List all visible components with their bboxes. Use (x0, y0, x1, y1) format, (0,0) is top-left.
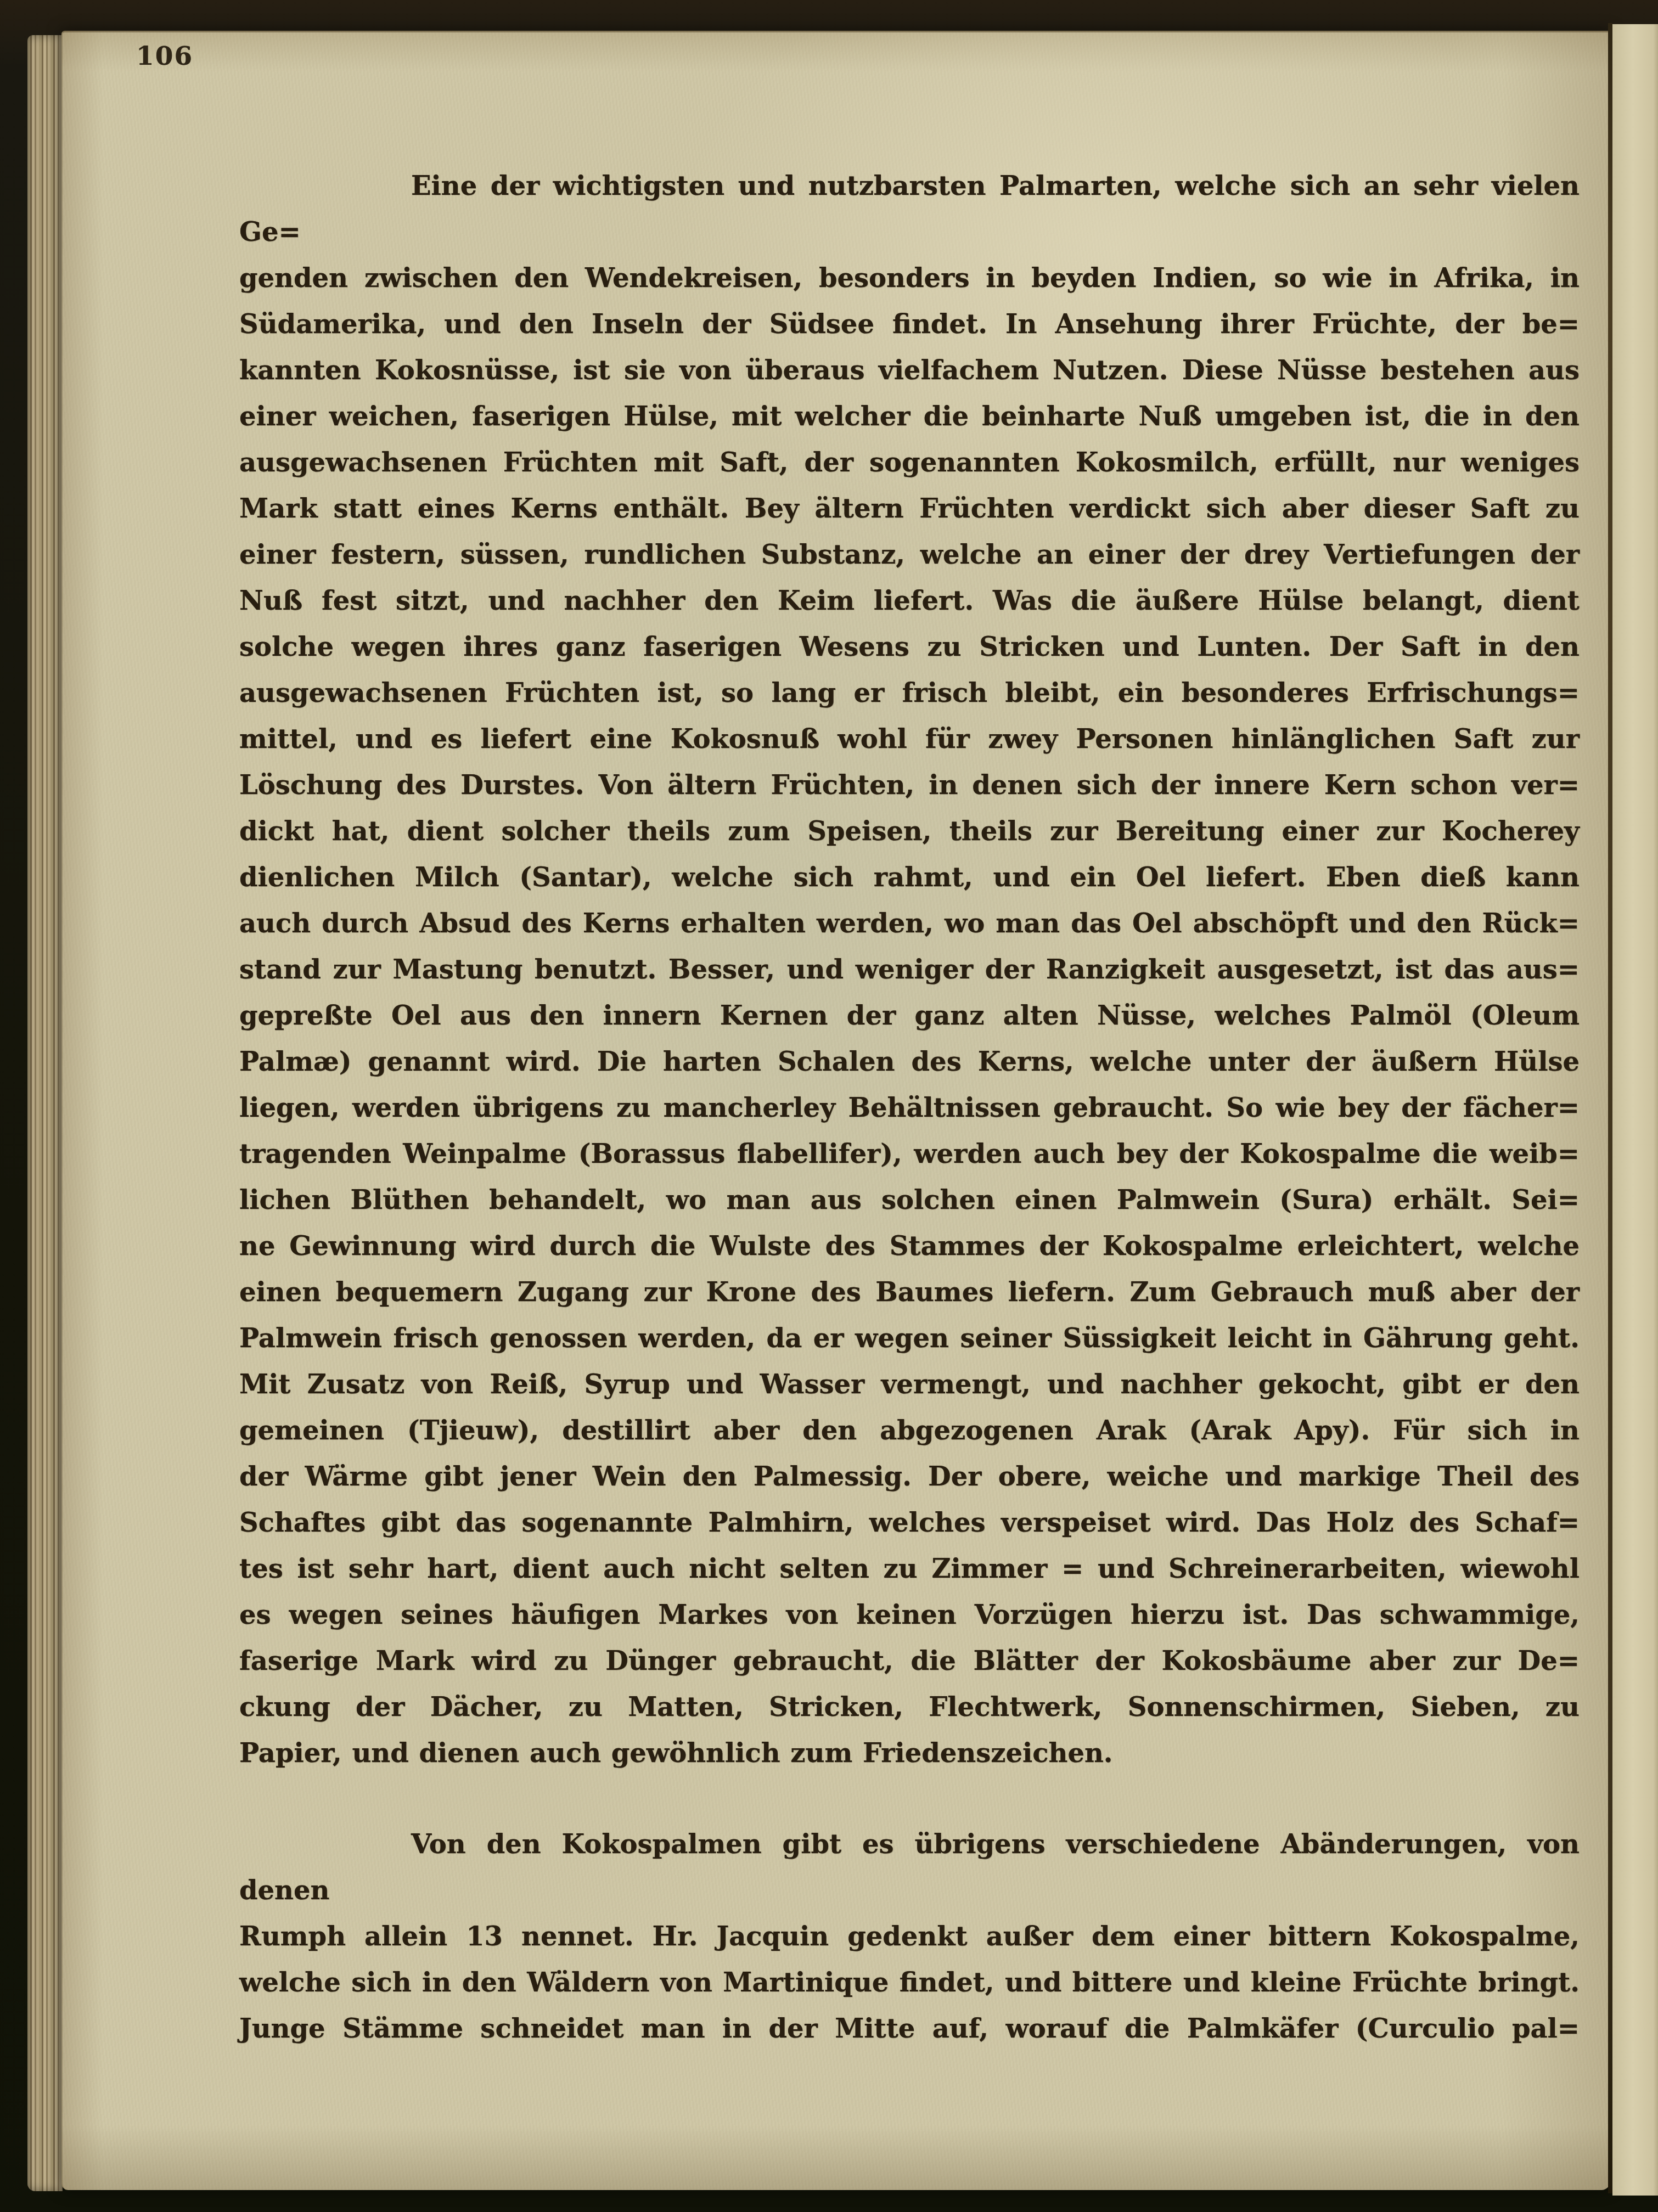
text-line: auch durch Absud des Kerns erhalten werd… (239, 900, 1580, 947)
book-page-stack-edge (27, 35, 63, 2191)
text-line: Eine der wichtigsten und nutzbarsten Pal… (239, 163, 1580, 255)
text-line: Palmwein frisch genossen werden, da er w… (239, 1315, 1580, 1361)
text-line: ausgewachsenen Früchten mit Saft, der so… (239, 440, 1580, 486)
text-line: es wegen seines häufigen Markes von kein… (239, 1592, 1580, 1638)
text-line: Mit Zusatz von Reiß, Syrup und Wasser ve… (239, 1361, 1580, 1408)
text-line: Palmæ) genannt wird. Die harten Schalen … (239, 1039, 1580, 1085)
text-line: dickt hat, dient solcher theils zum Spei… (239, 808, 1580, 854)
text-line: ausgewachsenen Früchten ist, so lang er … (239, 670, 1580, 716)
text-line: Löschung des Durstes. Von ältern Früchte… (239, 762, 1580, 808)
text-line: kannten Kokosnüsse, ist sie von überaus … (239, 347, 1580, 393)
paragraph: Von den Kokospalmen gibt es übrigens ver… (239, 1821, 1580, 2052)
text-line: gemeinen (Tjieuw), destillirt aber den a… (239, 1408, 1580, 1454)
text-line: genden zwischen den Wendekreisen, besond… (239, 255, 1580, 301)
text-line: ne Gewinnung wird durch die Wulste des S… (239, 1223, 1580, 1269)
text-line: Mark statt eines Kerns enthält. Bey älte… (239, 486, 1580, 532)
text-line: der Wärme gibt jener Wein den Palmessig.… (239, 1454, 1580, 1500)
text-line: einer weichen, faserigen Hülse, mit welc… (239, 393, 1580, 440)
page-number: 106 (136, 41, 193, 71)
text-line: ckung der Dächer, zu Matten, Stricken, F… (239, 1684, 1580, 1730)
text-line: Papier, und dienen auch gewöhnlich zum F… (239, 1730, 1580, 1776)
text-line: Südamerika, und den Inseln der Südsee fi… (239, 301, 1580, 347)
book-page: 106 Eine der wichtigsten und nutzbarsten… (61, 31, 1610, 2190)
text-line: mittel, und es liefert eine Kokosnuß woh… (239, 716, 1580, 762)
text-line: tes ist sehr hart, dient auch nicht selt… (239, 1546, 1580, 1592)
text-line: Junge Stämme schneidet man in der Mitte … (239, 2006, 1580, 2052)
text-line: einen bequemern Zugang zur Krone des Bau… (239, 1269, 1580, 1315)
text-line: Von den Kokospalmen gibt es übrigens ver… (239, 1821, 1580, 1913)
text-line: gepreßte Oel aus den innern Kernen der g… (239, 993, 1580, 1039)
text-line: liegen, werden übrigens zu mancherley Be… (239, 1085, 1580, 1131)
text-line: lichen Blüthen behandelt, wo man aus sol… (239, 1177, 1580, 1223)
adjacent-page-edge (1612, 24, 1658, 2196)
text-line: Nuß fest sitzt, und nachher den Keim lie… (239, 578, 1580, 624)
book-scan-background: 106 Eine der wichtigsten und nutzbarsten… (0, 0, 1658, 2212)
text-line: dienlichen Milch (Santar), welche sich r… (239, 854, 1580, 900)
text-line: tragenden Weinpalme (Borassus flabellife… (239, 1131, 1580, 1177)
text-line: solche wegen ihres ganz faserigen Wesens… (239, 624, 1580, 670)
text-line: welche sich in den Wäldern von Martiniqu… (239, 1960, 1580, 2006)
text-line: Rumph allein 13 nennet. Hr. Jacquin gede… (239, 1913, 1580, 1960)
page-fore-edge-crease (1608, 23, 1612, 2193)
paragraph: Eine der wichtigsten und nutzbarsten Pal… (239, 163, 1580, 1776)
text-line: Schaftes gibt das sogenannte Palmhirn, w… (239, 1500, 1580, 1546)
text-line: faserige Mark wird zu Dünger gebraucht, … (239, 1638, 1580, 1684)
text-line: stand zur Mastung benutzt. Besser, und w… (239, 947, 1580, 993)
text-line: einer festern, süssen, rundlichen Substa… (239, 532, 1580, 578)
page-text-block: Eine der wichtigsten und nutzbarsten Pal… (239, 163, 1580, 2052)
